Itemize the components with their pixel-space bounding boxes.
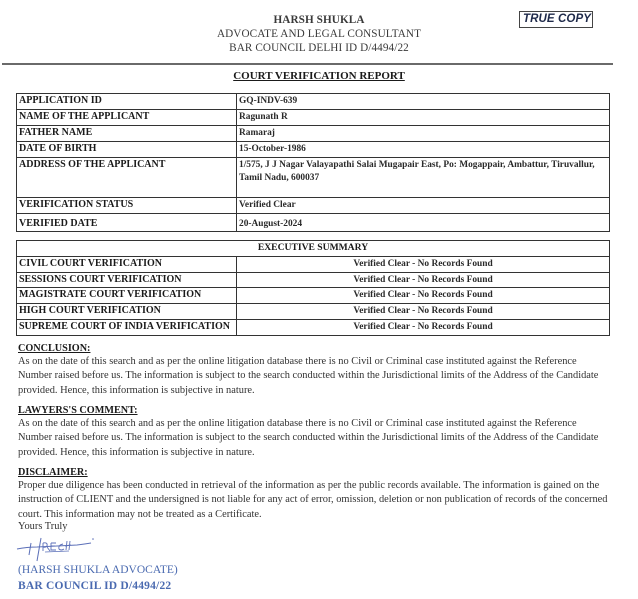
field-label: FATHER NAME (17, 126, 237, 142)
court-result: Verified Clear - No Records Found (237, 304, 610, 320)
table-row: NAME OF THE APPLICANT Ragunath R (17, 110, 610, 126)
father-name-value: Ramaraj (237, 126, 610, 142)
lawyers-comment-heading: LAWYERS'S COMMENT: (18, 404, 613, 417)
court-label: HIGH COURT VERIFICATION (17, 304, 237, 320)
table-row: SUPREME COURT OF INDIA VERIFICATION Veri… (17, 319, 610, 335)
disclaimer-section: DISCLAIMER: Proper due diligence has bee… (18, 466, 613, 522)
court-label: CIVIL COURT VERIFICATION (17, 256, 237, 272)
signatory-name: (HARSH SHUKLA ADVOCATE) (18, 564, 178, 576)
field-label: VERIFIED DATE (17, 214, 237, 232)
verified-date-value: 20-August-2024 (237, 214, 610, 232)
court-result: Verified Clear - No Records Found (237, 256, 610, 272)
table-row: DATE OF BIRTH 15-October-1986 (17, 142, 610, 158)
true-copy-stamp: TRUE COPY (519, 11, 593, 28)
signature-icon (15, 535, 105, 565)
closing-text: Yours Truly (18, 521, 68, 532)
conclusion-heading: CONCLUSION: (18, 342, 613, 355)
court-result: Verified Clear - No Records Found (237, 288, 610, 304)
field-label: APPLICATION ID (17, 94, 237, 110)
court-label: MAGISTRATE COURT VERIFICATION (17, 288, 237, 304)
conclusion-section: CONCLUSION: As on the date of this searc… (18, 342, 613, 398)
court-result: Verified Clear - No Records Found (237, 272, 610, 288)
table-row: VERIFIED DATE 20-August-2024 (17, 214, 610, 232)
advocate-bar-id: BAR COUNCIL DELHI ID D/4494/22 (0, 41, 638, 55)
advocate-title: ADVOCATE AND LEGAL CONSULTANT (0, 27, 638, 41)
address-value: 1/575, J J Nagar Valayapathi Salai Mugap… (237, 158, 610, 198)
executive-summary-table: EXECUTIVE SUMMARY CIVIL COURT VERIFICATI… (16, 240, 610, 336)
table-row: FATHER NAME Ramaraj (17, 126, 610, 142)
court-label: SUPREME COURT OF INDIA VERIFICATION (17, 319, 237, 335)
disclaimer-heading: DISCLAIMER: (18, 466, 613, 479)
signatory-bar-id: BAR COUNCIL ID D/4494/22 (18, 580, 171, 592)
table-header-row: EXECUTIVE SUMMARY (17, 241, 610, 257)
table-row: VERIFICATION STATUS Verified Clear (17, 198, 610, 214)
executive-summary-heading: EXECUTIVE SUMMARY (17, 241, 610, 257)
conclusion-text: As on the date of this search and as per… (18, 355, 613, 398)
lawyers-comment-section: LAWYERS'S COMMENT: As on the date of thi… (18, 404, 613, 460)
field-label: ADDRESS OF THE APPLICANT (17, 158, 237, 198)
application-id-value: GQ-INDV-639 (237, 94, 610, 110)
disclaimer-text: Proper due diligence has been conducted … (18, 479, 613, 522)
verification-status-value: Verified Clear (237, 198, 610, 214)
applicant-name-value: Ragunath R (237, 110, 610, 126)
table-row: CIVIL COURT VERIFICATION Verified Clear … (17, 256, 610, 272)
table-row: ADDRESS OF THE APPLICANT 1/575, J J Naga… (17, 158, 610, 198)
applicant-details-table: APPLICATION ID GQ-INDV-639 NAME OF THE A… (16, 93, 610, 232)
court-label: SESSIONS COURT VERIFICATION (17, 272, 237, 288)
table-row: APPLICATION ID GQ-INDV-639 (17, 94, 610, 110)
table-row: SESSIONS COURT VERIFICATION Verified Cle… (17, 272, 610, 288)
header-divider (2, 63, 613, 65)
report-title: COURT VERIFICATION REPORT (0, 70, 638, 82)
dob-value: 15-October-1986 (237, 142, 610, 158)
lawyers-comment-text: As on the date of this search and as per… (18, 417, 613, 460)
field-label: NAME OF THE APPLICANT (17, 110, 237, 126)
field-label: VERIFICATION STATUS (17, 198, 237, 214)
court-result: Verified Clear - No Records Found (237, 319, 610, 335)
table-row: MAGISTRATE COURT VERIFICATION Verified C… (17, 288, 610, 304)
table-row: HIGH COURT VERIFICATION Verified Clear -… (17, 304, 610, 320)
field-label: DATE OF BIRTH (17, 142, 237, 158)
